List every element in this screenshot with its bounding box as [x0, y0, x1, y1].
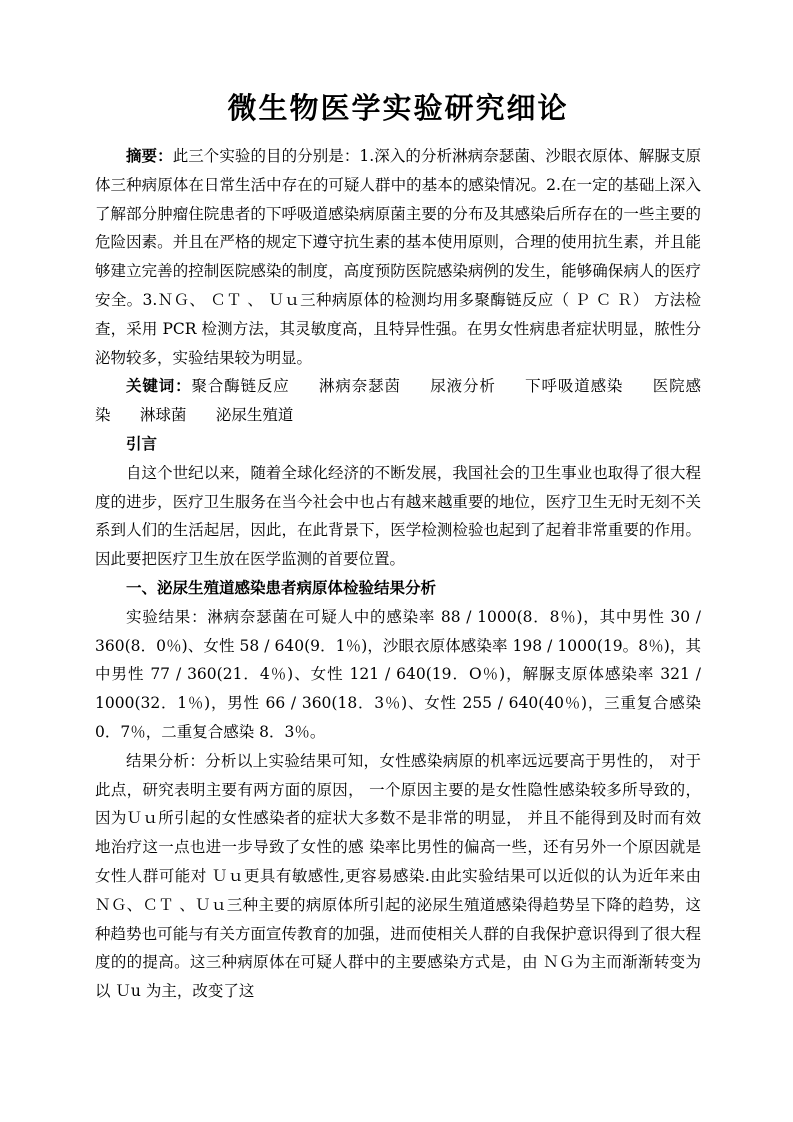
- keyword-item: 淋球菌: [140, 406, 187, 424]
- keyword-item: 聚合酶链反应: [191, 377, 289, 395]
- keyword-item: 泌尿生殖道: [216, 406, 294, 424]
- analysis-paragraph: 结果分析：分析以上实验结果可知，女性感染病原的机率远远要高于男性的， 对于此点，…: [95, 747, 701, 1006]
- keyword-item: 尿液分析: [430, 377, 495, 395]
- keyword-item: 下呼吸道感染: [525, 377, 623, 395]
- document-title: 微生物医学实验研究细论: [95, 88, 701, 128]
- section1-heading: 一、泌尿生殖道感染患者病原体检验结果分析: [95, 574, 701, 603]
- results-paragraph: 实验结果：淋病奈瑟菌在可疑人中的感染率 88 / 1000(8．8％)，其中男性…: [95, 603, 701, 747]
- keywords-label: 关键词：: [126, 377, 191, 395]
- abstract-text: 此三个实验的目的分别是：1.深入的分析淋病奈瑟菌、沙眼衣原体、解脲支原体三种病原…: [95, 147, 701, 367]
- abstract-label: 摘要：: [126, 147, 173, 165]
- keyword-item: 淋病奈瑟茵: [319, 377, 401, 395]
- keywords-paragraph: 关键词：聚合酶链反应淋病奈瑟茵尿液分析下呼吸道感染医院感染淋球菌泌尿生殖道: [95, 372, 701, 430]
- intro-heading: 引言: [95, 430, 701, 459]
- document-page: 微生物医学实验研究细论 摘要：此三个实验的目的分别是：1.深入的分析淋病奈瑟菌、…: [0, 0, 793, 1122]
- abstract-paragraph: 摘要：此三个实验的目的分别是：1.深入的分析淋病奈瑟菌、沙眼衣原体、解脲支原体三…: [95, 142, 701, 372]
- intro-paragraph: 自这个世纪以来，随着全球化经济的不断发展，我国社会的卫生事业也取得了很大程度的进…: [95, 459, 701, 574]
